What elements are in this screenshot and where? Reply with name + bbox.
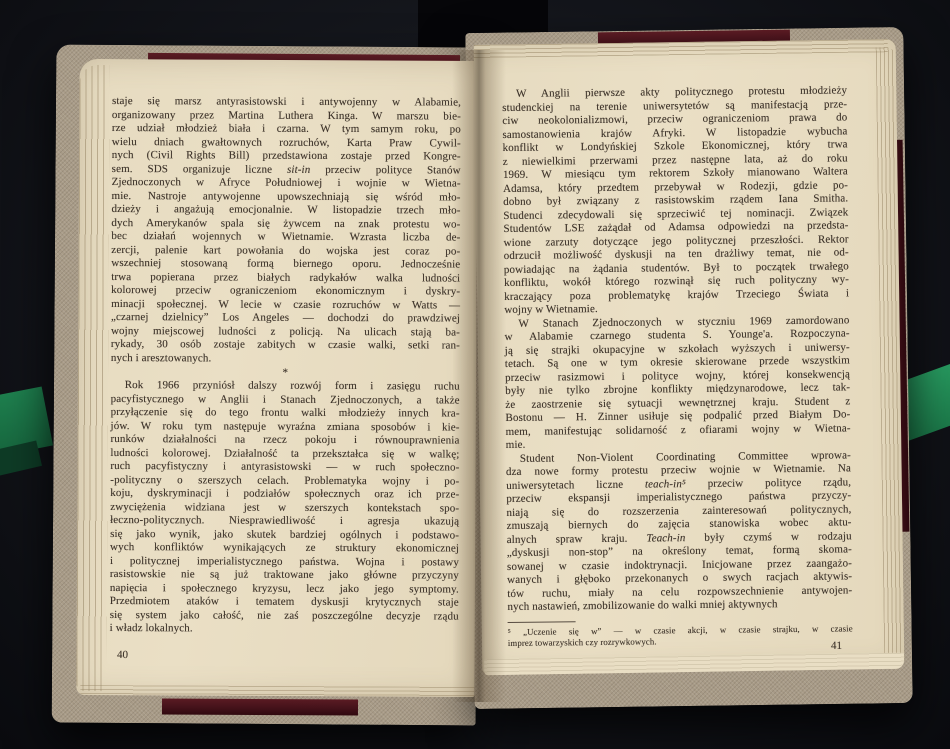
right-page-text: W Anglii pierwsze akty politycznego prot…	[502, 84, 853, 650]
text-segment: wielu dniach gwałtownych rozruchów, Kart…	[112, 135, 461, 149]
left-board-maroon-bottom-edge	[162, 698, 358, 715]
text-segment: napięcia i społecznego kryzysu, lecz jak…	[110, 581, 459, 595]
text-segment: organizowany przez Martina Luthera Kinga…	[112, 108, 461, 122]
text-segment: rykady, 30 osób zostaje zabitych w czasi…	[111, 338, 460, 352]
text-segment: ruch pacyfistyczny i antyrasistowski — w…	[110, 460, 459, 474]
paragraph: W Stanach Zjednoczonych w styczniu 1969 …	[504, 314, 850, 453]
text-segment: ludności kolorowej. Działalność ta przek…	[110, 446, 459, 460]
green-accent-left-shadow	[0, 440, 42, 481]
text-segment: były czymś w rodzaju	[685, 530, 851, 544]
page-number-right: 41	[798, 640, 842, 652]
book-photo-scene: staje się marsz antyrasistowski i antywo…	[0, 0, 950, 749]
text-segment: trwa popierana przez białych radykałów w…	[111, 270, 460, 284]
text-segment: sem. SDS organizuje liczne	[112, 162, 287, 175]
text-segment: koju, dyskryminacji i podziałów społeczn…	[110, 487, 459, 501]
text-segment: mie.	[506, 439, 526, 451]
text-segment: alnych spraw kraju.	[507, 532, 647, 545]
text-segment: staje się marsz antyrasistowski i antywo…	[112, 95, 461, 109]
text-line: nych i aresztowanych.	[111, 351, 460, 366]
text-segment: nych nastawień, zmobilizowanie do walki …	[507, 598, 777, 613]
text-segment: kraczający poza problematykę krajów Trze…	[504, 287, 849, 303]
section-separator-asterisk: *	[111, 365, 460, 381]
text-segment: dzieży i angażują emocjonalnie. W listop…	[111, 203, 460, 217]
paragraph: Student Non-Violent Coordinating Committ…	[506, 449, 853, 615]
text-segment: nych i aresztowanych.	[111, 351, 212, 363]
text-segment: wych konfliktów wynikających ze struktur…	[110, 541, 459, 555]
text-segment: jów. W roku tym następuje wyraźna zmiana…	[111, 419, 460, 433]
italic-text: Teach-in	[646, 532, 685, 544]
text-segment: rze udział młodzież biała i czarna. W ty…	[112, 122, 461, 136]
italic-text: sit-in	[287, 163, 310, 175]
text-segment: „czarnej dzielnicy” Los Angeles — dochod…	[111, 311, 460, 325]
text-segment: rasistowskie nie są już traktowane jako …	[110, 568, 459, 582]
page-number-left: 40	[117, 649, 128, 661]
paragraph: W Anglii pierwsze akty politycznego prot…	[502, 84, 849, 317]
text-segment: wszechniej stosowaną formą biernego opor…	[111, 257, 460, 271]
text-segment: Przedmiotem ataków i tematem dyskusji kr…	[110, 595, 459, 609]
text-line: i władz lokalnych.	[110, 622, 459, 637]
text-segment: uniwersytetach liczne	[506, 478, 645, 491]
text-segment: -polityczny o szerszych celach. Problema…	[110, 473, 459, 487]
text-segment: tów ruchu, miały na celu rozpowszechnien…	[507, 584, 852, 600]
text-segment: przeciw polityce Stanów	[310, 163, 460, 176]
text-segment: przeciw polityce rządu,	[686, 476, 851, 490]
text-segment: ⁵ „Uczenie się w” — w czasie akcji, w cz…	[508, 623, 853, 637]
text-segment: imprez towarzyskich czy rozrywkowych.	[508, 637, 657, 649]
italic-text: teach-in⁵	[645, 478, 686, 490]
text-segment: wojny miejscowej ludności z policją. Na …	[111, 324, 460, 338]
text-segment: przyłączenie się do tego frontu walki mł…	[111, 406, 460, 420]
text-line: nych nastawień, zmobilizowanie do walki …	[507, 597, 852, 614]
text-segment: się jako wynik, jako skutek bardziej ogó…	[110, 527, 459, 541]
footnote-rule	[508, 621, 576, 623]
paragraph: staje się marsz antyrasistowski i antywo…	[111, 95, 461, 367]
text-segment: zercji, palenie kart powołania do wojska…	[111, 243, 460, 257]
text-segment: minacji społecznej. W lecie w czasie roz…	[111, 297, 460, 311]
text-segment: bec działań wojennych w Wietnamie. Wzras…	[111, 230, 460, 244]
text-segment: się system jako całość, nie zaś poszczeg…	[110, 608, 459, 622]
text-segment: łeczno-politycznych. Niesprawiedliwość i…	[110, 514, 459, 528]
text-segment: i władz lokalnych.	[110, 622, 193, 634]
text-segment: wojny w Wietnamie.	[504, 303, 598, 316]
text-segment: nych (Civil Rights Bill) przedstawiona z…	[112, 149, 461, 163]
text-segment: mie. Nastroje antywojenne upowszechniają…	[112, 189, 461, 203]
text-segment: pacyfistycznego w Anglii i Stanach Zjedn…	[111, 392, 460, 406]
text-segment: zwyciężenia widziana jest w szerszych ko…	[110, 500, 459, 514]
text-segment: i politycznej imperialistycznego państwa…	[110, 554, 459, 568]
left-page-text: staje się marsz antyrasistowski i antywo…	[110, 95, 461, 637]
paragraph: Rok 1966 przyniósł dalszy rozwój form i …	[110, 379, 460, 637]
text-segment: mem, manifestując solidarność z ofiarami…	[506, 422, 851, 438]
text-segment: kolorowej przeciw ograniczeniom ekonomic…	[111, 284, 460, 298]
text-segment: Zjednoczonych w Afryce Południowej i woj…	[112, 176, 461, 190]
text-segment: Rok 1966 przyniósł dalszy rozwój form i …	[125, 379, 460, 392]
text-segment: dych Amerykanów spala się żywcem na znak…	[111, 216, 460, 230]
text-segment: runków działalności na rzecz pokoju i ró…	[110, 433, 459, 447]
